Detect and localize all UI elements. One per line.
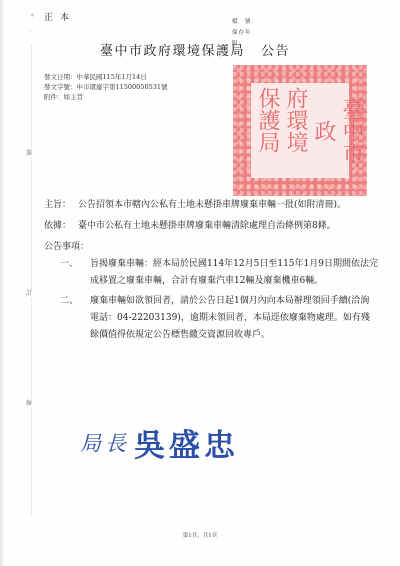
corner-mark: ， [30, 26, 35, 33]
director-signature: 局長吳盛忠 [80, 420, 239, 480]
item-number: 二、 [60, 293, 78, 310]
notice-body: 主旨： 公告招領本市轄內公私有土地未懸掛車牌廢棄車輛一批(如附清冊)。 依據： … [44, 197, 378, 344]
notice-item: 一、 旨揭廢棄車輛：經本局於民國114年12月5日至115年1月9日期間依法完成… [44, 256, 378, 290]
binding-line [31, 45, 32, 515]
copy-label: 正本 [44, 10, 76, 23]
subject-paragraph: 主旨： 公告招領本市轄內公私有土地未懸掛車牌廢棄車輛一批(如附清冊)。 [44, 197, 378, 214]
attachment-row: 附件：如主旨 [44, 92, 168, 102]
basis-text: 臺中市公私有土地未懸掛車牌廢棄車輛清除處理自治條例第8條。 [78, 221, 336, 231]
scan-edge [0, 0, 4, 566]
date-label: 發文日期： [44, 73, 77, 81]
page-title: 臺中市政府環境保護局公告 [100, 40, 290, 59]
binding-mark-zhuang: 裝 [26, 150, 32, 158]
binding-mark-xian: 線 [26, 400, 32, 408]
basis-paragraph: 依據： 臺中市公私有土地未懸掛車牌廢棄車輛清除處理自治條例第8條。 [44, 218, 378, 235]
date-value: 中華民國115年1月14日 [77, 73, 147, 81]
dispatch-meta: 發文日期：中華民國115年1月14日 發文字號：中市環廢字第1150005053… [44, 72, 168, 102]
subject-label: 主旨： [44, 197, 71, 214]
item-number: 一、 [60, 256, 78, 273]
notice-heading: 公告事項： [44, 239, 378, 256]
subject-text: 公告招領本市轄內公私有土地未懸掛車牌廢棄車輛一批(如附清冊)。 [78, 200, 346, 210]
seal-column: 府環境 [281, 87, 309, 174]
notice-item: 二、 廢棄車輛如欲領回者，請於公告日起1個月內向本局辦理領回手續(洽詢電話：04… [44, 293, 378, 344]
file-number-label: 檔 號： [232, 17, 262, 28]
official-seal: 臺中市政 府環境 保護局 [233, 65, 367, 196]
number-row: 發文字號：中市環廢字第11500050531號 [44, 82, 168, 92]
seal-column: 保護局 [253, 87, 281, 174]
attachment-label: 附件： [44, 93, 64, 101]
attachment-value: 如主旨 [64, 93, 84, 101]
corner-mark: ＊ [30, 12, 35, 19]
binding-mark-ding: 訂 [26, 290, 32, 298]
signature-name: 吳盛忠 [134, 428, 239, 464]
basis-label: 依據： [44, 218, 71, 235]
seal-column: 臺中市政 [309, 87, 365, 174]
item-text: 旨揭廢棄車輛：經本局於民國114年12月5日至115年1月9日期間依法完成移置之… [90, 259, 378, 286]
number-label: 發文字號： [44, 83, 77, 91]
signature-title: 局長 [80, 432, 130, 456]
seal-inner: 臺中市政 府環境 保護局 [251, 83, 349, 178]
document-page: ＊ ， 裝 訂 線 正本 檔 號： 保存年限： 臺中市政府環境保護局公告 發文日… [0, 0, 400, 566]
doc-type: 公告 [261, 44, 290, 59]
item-text: 廢棄車輛如欲領回者，請於公告日起1個月內向本局辦理領回手續(洽詢電話：04-22… [90, 296, 370, 340]
agency-name: 臺中市政府環境保護局 [100, 44, 245, 59]
number-value: 中市環廢字第11500050531號 [77, 83, 168, 91]
date-row: 發文日期：中華民國115年1月14日 [44, 72, 168, 82]
page-number: 第1頁，共1頁 [0, 531, 400, 539]
